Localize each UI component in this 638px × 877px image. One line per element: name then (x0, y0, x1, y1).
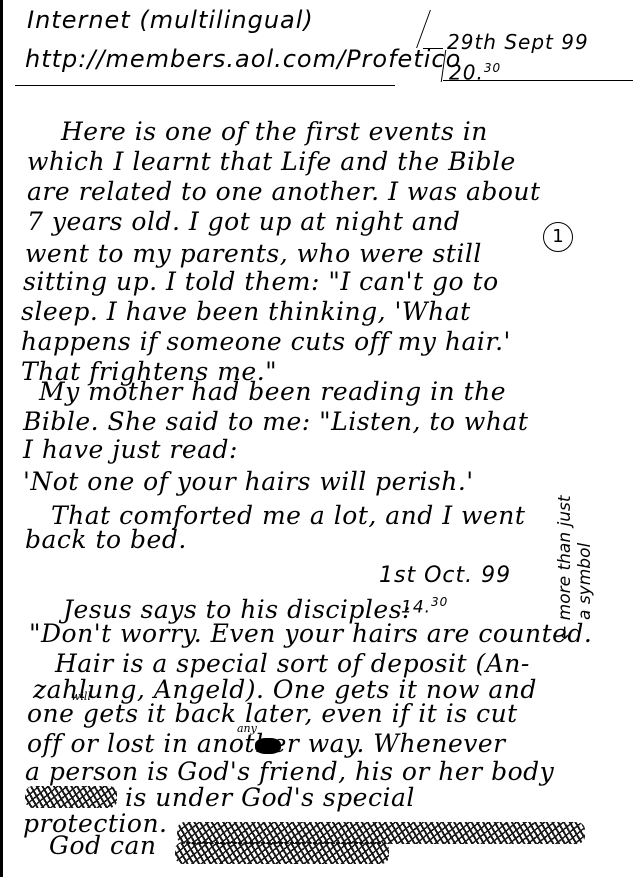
crossed-out-word (25, 786, 117, 808)
date-box-bracket (416, 10, 431, 48)
entry1-line-15: back to bed. (25, 526, 187, 554)
entry-number-badge: 1 (543, 222, 573, 252)
entry1-line-6: sitting up. I told them: "I can't go to (23, 268, 499, 296)
header-url: http://members.aol.com/Profetico (25, 45, 461, 73)
entry2-line-8: is under God's special (125, 784, 415, 812)
margin-note-line2: a symbol (575, 543, 595, 620)
entry2-line-2: "Don't worry. Even your hairs are counte… (29, 620, 592, 648)
entry-time-1: 20.30 (449, 54, 501, 87)
header-title: Internet (multilingual) (27, 6, 314, 34)
entry1-line-13: 'Not one of your hairs will perish.' (23, 468, 474, 496)
entry1-line-8: happens if someone cuts off my hair.' (21, 328, 511, 356)
handwritten-page: Internet (multilingual) http://members.a… (0, 0, 638, 877)
entry2-line-7: a person is God's friend, his or her bod… (25, 758, 554, 786)
entry-date-2: 1st Oct. 99 (379, 562, 511, 590)
header-underline (15, 85, 395, 86)
entry1-line-10: My mother had been reading in the (39, 378, 506, 406)
ink-blot (255, 738, 281, 754)
date-box-bracket-foot (423, 48, 443, 49)
entry2-line-5: one gets it back later, even if it is cu… (27, 700, 518, 728)
crossed-out-text-2 (175, 842, 389, 864)
entry1-line-7: sleep. I have been thinking, 'What (21, 298, 471, 326)
entry1-line-5: went to my parents, who were still (25, 240, 482, 268)
entry2-line-3: Hair is a special sort of deposit (An- (55, 650, 530, 678)
entry1-line-2: which I learnt that Life and the Bible (27, 148, 516, 176)
entry1-line-12: I have just read: (23, 436, 238, 464)
entry1-line-3: are related to one another. I was about (27, 178, 541, 206)
entry1-line-11: Bible. She said to me: "Listen, to what (23, 408, 528, 436)
entry2-line-10: God can (49, 832, 156, 860)
crossed-out-text-1 (177, 822, 585, 844)
entry1-line-4: 7 years old. I got up at night and (27, 208, 460, 236)
entry1-line-1: Here is one of the first events in (61, 118, 488, 146)
entry-date-1: 29th Sept 99 (447, 28, 589, 56)
